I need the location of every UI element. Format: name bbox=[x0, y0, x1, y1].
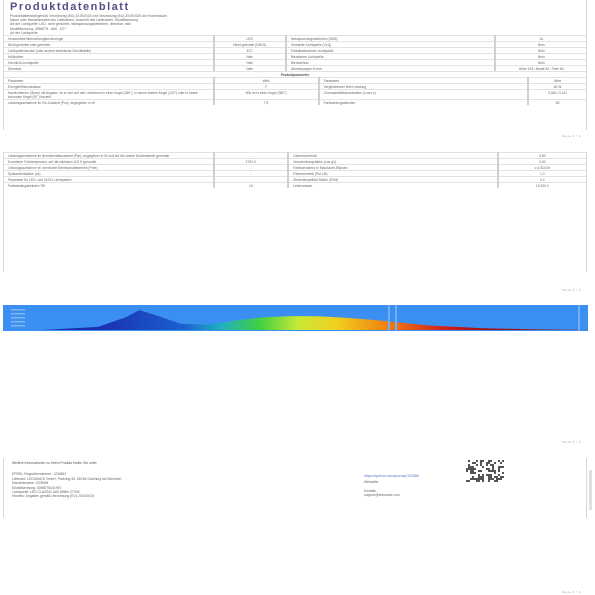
param-label: Farbwiedergabeindex R9 bbox=[4, 183, 214, 189]
product-params-rows: ParameterWertParameterWertEnergieeffizie… bbox=[4, 77, 586, 105]
info-right-column: https://eprel.ec.europa.eu/qr/123456 Web… bbox=[364, 474, 564, 498]
website-label: Webseite: bbox=[364, 480, 564, 484]
scrollbar[interactable] bbox=[589, 470, 592, 510]
eprel-link[interactable]: https://eprel.ec.europa.eu/qr/123456 bbox=[364, 474, 564, 478]
param-label: Farbwiedergabeindex bbox=[319, 100, 529, 106]
document-title: Produktdatenblatt bbox=[4, 0, 586, 14]
spectrum-chart bbox=[3, 305, 588, 331]
table-row: Farbwiedergabeindex R915Lebensdauer15 00… bbox=[4, 183, 586, 189]
param-value: 15 000 h bbox=[498, 183, 586, 189]
page-1: Produktdatenblatt Produktdatenblatt gemä… bbox=[3, 0, 587, 130]
page-2: Leistungsaufnahme im Bereitschaftszustan… bbox=[3, 152, 587, 272]
param-value: 7,5 bbox=[214, 100, 319, 106]
param-label: Chromatizitätskoordinaten (x und y) bbox=[319, 90, 529, 100]
product-info-table: Verwendete BeleuchtungstechnologieLEDNet… bbox=[4, 35, 586, 71]
page-footer: Seite 2 / 4 bbox=[562, 288, 581, 292]
qr-code-icon bbox=[466, 460, 504, 482]
param-label: Nutzlichtstrom (Φuse) mit Angabe, ob er … bbox=[4, 90, 214, 100]
spectrum-plot bbox=[3, 305, 588, 331]
param-label: Leistungsaufnahme im Ein-Zustand (Pon), … bbox=[4, 100, 214, 106]
page-footer: Seite 3 / 4 bbox=[562, 440, 581, 444]
led-params-table: Leistungsaufnahme im Bereitschaftszustan… bbox=[4, 152, 586, 188]
table-row: Nutzlichtstrom (Φuse) mit Angabe, ob er … bbox=[4, 90, 586, 100]
param-value: 0,460 / 0,411 bbox=[528, 90, 586, 100]
param-value: 15 bbox=[214, 183, 289, 189]
page-4: Weitere Informationen zu Ihrem Produkt f… bbox=[3, 458, 587, 518]
table-row: Leistungsaufnahme im Ein-Zustand (Pon), … bbox=[4, 100, 586, 106]
page-footer: Seite 4 / 4 bbox=[562, 590, 581, 594]
page-footer: Seite 1 / 4 bbox=[562, 134, 581, 138]
param-value: 80 bbox=[528, 100, 586, 106]
contact-value: support@ledvance.com bbox=[364, 493, 564, 497]
param-label: Lebensdauer bbox=[288, 183, 498, 189]
intro-text: Produktdatenblatt gemäß Verordnung (EU) … bbox=[4, 14, 586, 35]
param-value: 806 lm in einer Kugel (360°) bbox=[214, 90, 319, 100]
